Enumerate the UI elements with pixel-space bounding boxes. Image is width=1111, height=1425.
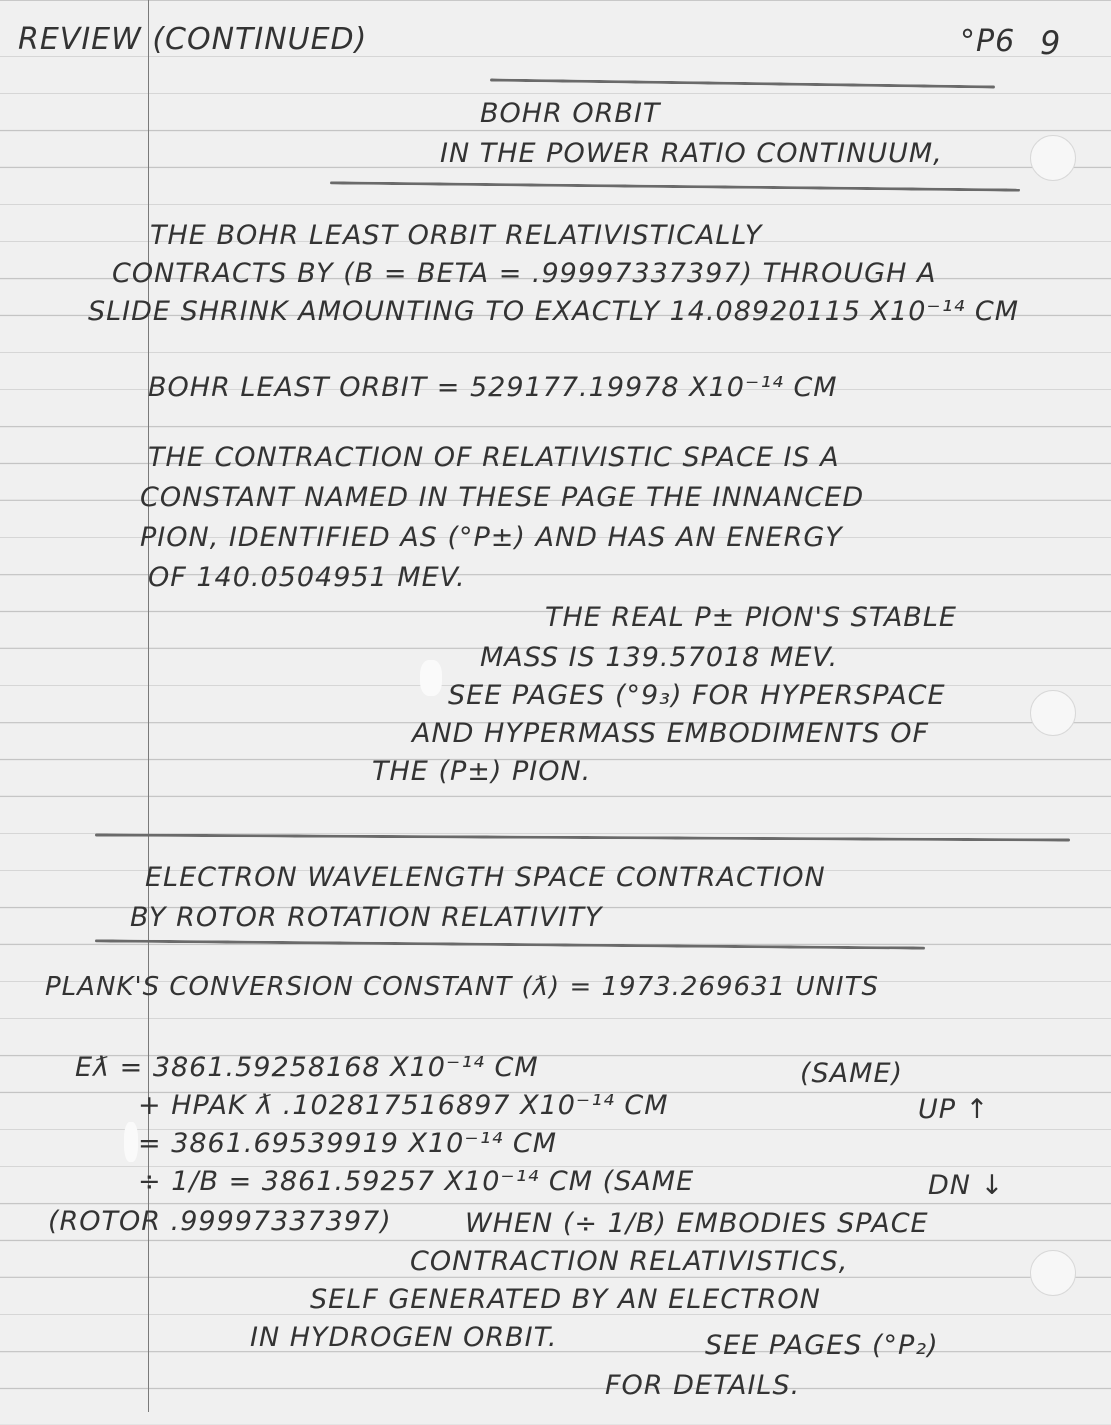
section1-title-line1: Bohr Orbit: [480, 98, 660, 129]
paragraph1-line: contracts by (B = Beta = .99997337397) t…: [112, 258, 936, 289]
paragraph1-line: slide shrink amounting to exactly 14.089…: [88, 296, 1019, 327]
correction-blot: [420, 660, 442, 696]
correction-blot: [124, 1122, 138, 1162]
binder-hole: [1030, 1250, 1076, 1296]
paragraph3-line: The Real p± pion's stable: [545, 602, 957, 633]
equation-note: up ↑: [918, 1094, 989, 1125]
equation-line: + ηpak ƛ .102817516897 x10⁻¹⁴ cm: [138, 1090, 669, 1121]
section2-title-line1: Electron Wavelength Space Contraction: [145, 862, 826, 893]
closing-line: self generated by an electron: [310, 1284, 821, 1315]
paragraph3-line: mass is 139.57018 MeV.: [480, 642, 838, 673]
paragraph2-line: constant named in these page the innance…: [140, 482, 864, 513]
paragraph3-line: and Hypermass embodiments of: [412, 718, 929, 749]
paragraph3-line: See pages (°9₃) for Hyperspace: [448, 680, 946, 711]
closing-line: in Hydrogen orbit.: [250, 1322, 557, 1353]
equation-line: Eƛ = 3861.59258168 x10⁻¹⁴ cm: [75, 1052, 539, 1083]
equation-line: ÷ 1/B = 3861.59257 x10⁻¹⁴ cm (Same: [138, 1166, 694, 1197]
page-header-title: Review (continued): [18, 22, 367, 57]
page-number: 9: [1040, 24, 1061, 62]
binder-hole: [1030, 690, 1076, 736]
planck-constant: Plank's Conversion Constant (ƛ) = 1973.2…: [45, 972, 879, 1002]
paragraph2-line: The contraction of relativistic space is…: [148, 442, 840, 473]
section2-title-line2: By Rotor Rotation Relativity: [130, 902, 603, 933]
page-code: °P6: [960, 24, 1015, 59]
rotor-value: (Rotor .99997337397): [48, 1206, 392, 1237]
paragraph3-line: the (p±) pion.: [372, 756, 591, 787]
equation-line: = 3861.69539919 x10⁻¹⁴ cm: [138, 1128, 557, 1159]
paragraph2-line: of 140.0504951 MeV.: [148, 562, 466, 593]
section1-title-line2: in the Power Ratio Continuum,: [440, 138, 943, 169]
margin-line: [148, 0, 149, 1412]
closing-line: contraction relativistics,: [410, 1246, 848, 1277]
closing-line: See pages (°P₂): [705, 1330, 939, 1361]
equation-note: dn ↓: [928, 1170, 1004, 1201]
binder-hole: [1030, 135, 1076, 181]
closing-line: when (÷ 1/B) embodies space: [465, 1208, 929, 1239]
closing-line: for details.: [605, 1370, 800, 1401]
bohr-least-orbit: Bohr least orbit = 529177.19978 x10⁻¹⁴ c…: [148, 372, 838, 403]
paragraph1-line: The Bohr least orbit relativistically: [150, 220, 762, 251]
paragraph2-line: Pion, identified as (°p±) and has an ene…: [140, 522, 843, 553]
equation-note: (Same): [800, 1058, 903, 1089]
